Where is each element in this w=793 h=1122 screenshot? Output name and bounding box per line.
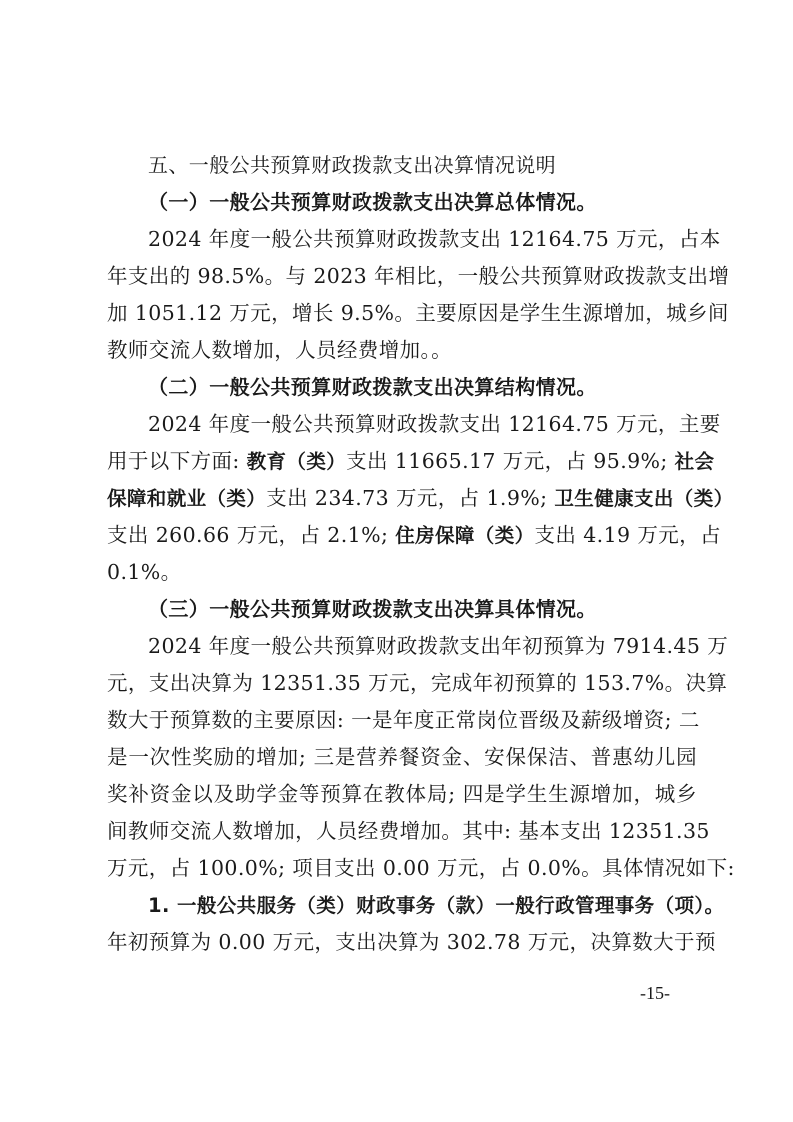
paragraph-line: 2024 年度一般公共预算财政拨款支出 12164.75 万元，占本 <box>107 221 697 258</box>
text-span: 用于以下方面: <box>107 449 247 473</box>
paragraph-line: 是一次性奖励的增加; 三是营养餐资金、安保保洁、普惠幼儿园 <box>107 739 697 776</box>
part2-heading: （二）一般公共预算财政拨款支出决算结构情况。 <box>107 369 697 406</box>
paragraph-line: 2024 年度一般公共预算财政拨款支出 12164.75 万元，主要 <box>107 406 697 443</box>
paragraph-line: 元，支出决算为 12351.35 万元，完成年初预算的 153.7%。决算 <box>107 665 697 702</box>
paragraph-line: 间教师交流人数增加，人员经费增加。其中: 基本支出 12351.35 <box>107 813 697 850</box>
part3-heading: （三）一般公共预算财政拨款支出决算具体情况。 <box>107 591 697 628</box>
paragraph-line: 0.1%。 <box>107 554 697 591</box>
paragraph-line: 年初预算为 0.00 万元，支出决算为 302.78 万元，决算数大于预 <box>107 924 697 961</box>
category-health: 卫生健康支出（类） <box>554 487 733 510</box>
paragraph-line: 保障和就业（类）支出 234.73 万元，占 1.9%; 卫生健康支出（类） <box>107 480 697 517</box>
paragraph-line: 奖补资金以及助学金等预算在教体局; 四是学生生源增加，城乡 <box>107 776 697 813</box>
part1-heading: （一）一般公共预算财政拨款支出决算总体情况。 <box>107 184 697 221</box>
item-title: 1. 一般公共服务（类）财政事务（款）一般行政管理事务（项）。 <box>148 894 724 917</box>
category-social-b: 保障和就业（类） <box>107 487 266 510</box>
paragraph-line: 数大于预算数的主要原因: 一是年度正常岗位晋级及薪级增资; 二 <box>107 702 697 739</box>
item1-title: 1. 一般公共服务（类）财政事务（款）一般行政管理事务（项）。 <box>107 887 697 924</box>
paragraph-line: 用于以下方面: 教育（类）支出 11665.17 万元，占 95.9%; 社会 <box>107 443 697 480</box>
page-number: -15- <box>640 983 670 1004</box>
text-span: 支出 4.19 万元，占 <box>535 523 721 547</box>
category-education: 教育（类） <box>247 450 347 473</box>
paragraph-line: 万元，占 100.0%; 项目支出 0.00 万元，占 0.0%。具体情况如下: <box>107 850 697 887</box>
category-housing: 住房保障（类） <box>395 524 534 547</box>
paragraph-line: 加 1051.12 万元，增长 9.5%。主要原因是学生生源增加，城乡间 <box>107 295 697 332</box>
text-span: 支出 11665.17 万元，占 95.9%; <box>346 449 675 473</box>
paragraph-line: 年支出的 98.5%。与 2023 年相比，一般公共预算财政拨款支出增 <box>107 258 697 295</box>
category-social-a: 社会 <box>675 450 715 473</box>
document-page: 五、一般公共预算财政拨款支出决算情况说明 （一）一般公共预算财政拨款支出决算总体… <box>107 147 697 961</box>
paragraph-line: 教师交流人数增加，人员经费增加。。 <box>107 332 697 369</box>
text-span: 支出 234.73 万元，占 1.9%; <box>266 486 554 510</box>
paragraph-line: 2024 年度一般公共预算财政拨款支出年初预算为 7914.45 万 <box>107 628 697 665</box>
text-span: 支出 260.66 万元，占 2.1%; <box>107 523 395 547</box>
paragraph-line: 支出 260.66 万元，占 2.1%; 住房保障（类）支出 4.19 万元，占 <box>107 517 697 554</box>
section-title: 五、一般公共预算财政拨款支出决算情况说明 <box>107 147 697 184</box>
